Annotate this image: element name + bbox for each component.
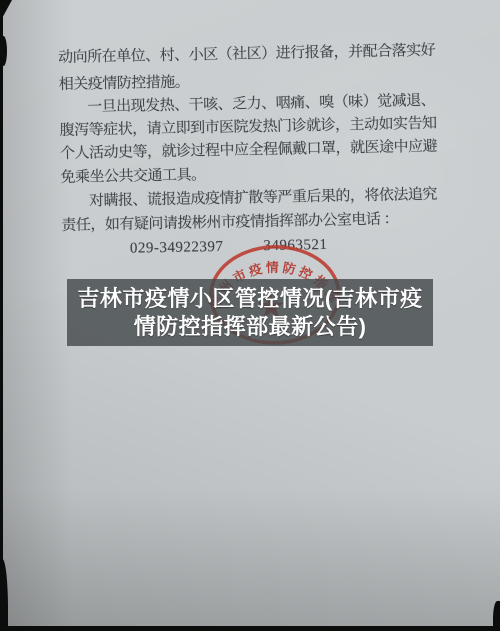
document-photo: 动向所在单位、村、小区（社区）进行报备，并配合落实好 相关疫情防控措施。 一旦出…: [0, 0, 500, 631]
document-text-line: 责任，如有疑问请拨彬州市疫情指挥部办公室电话 ：: [61, 212, 398, 235]
overlay-title-line1: 吉林市疫情小区管控情况(吉林市疫: [77, 285, 422, 313]
overlay-title-line2: 情防控指挥部最新公告): [134, 313, 367, 341]
photo-backdrop-edge: [0, 36, 7, 66]
document-text-line: 一旦出现发热、干咳、乏力、咽痛、嗅（味）觉减退、: [87, 93, 435, 117]
document-text-line: 腹泻等症状，请立即到市医院发热门诊就诊，主动如实告知: [59, 116, 436, 140]
document-text-line: 对瞒报、谎报造成疫情扩散等严重后果的，将依法追究: [89, 187, 437, 211]
title-overlay: 吉林市疫情小区管控情况(吉林市疫 情防控指挥部最新公告): [67, 279, 433, 346]
document-text-line: 相关疫情防控措施。: [59, 75, 190, 95]
document-text-line: 动向所在单位、村、小区（社区）进行报备，并配合落实好: [58, 43, 435, 67]
document-text-line: 免乘坐公共交通工具。: [60, 167, 205, 187]
photo-backdrop-corner: [493, 601, 500, 631]
document-text-line: 个人活动史等，就诊过程中应全程佩戴口罩，就医途中应避: [60, 139, 437, 163]
